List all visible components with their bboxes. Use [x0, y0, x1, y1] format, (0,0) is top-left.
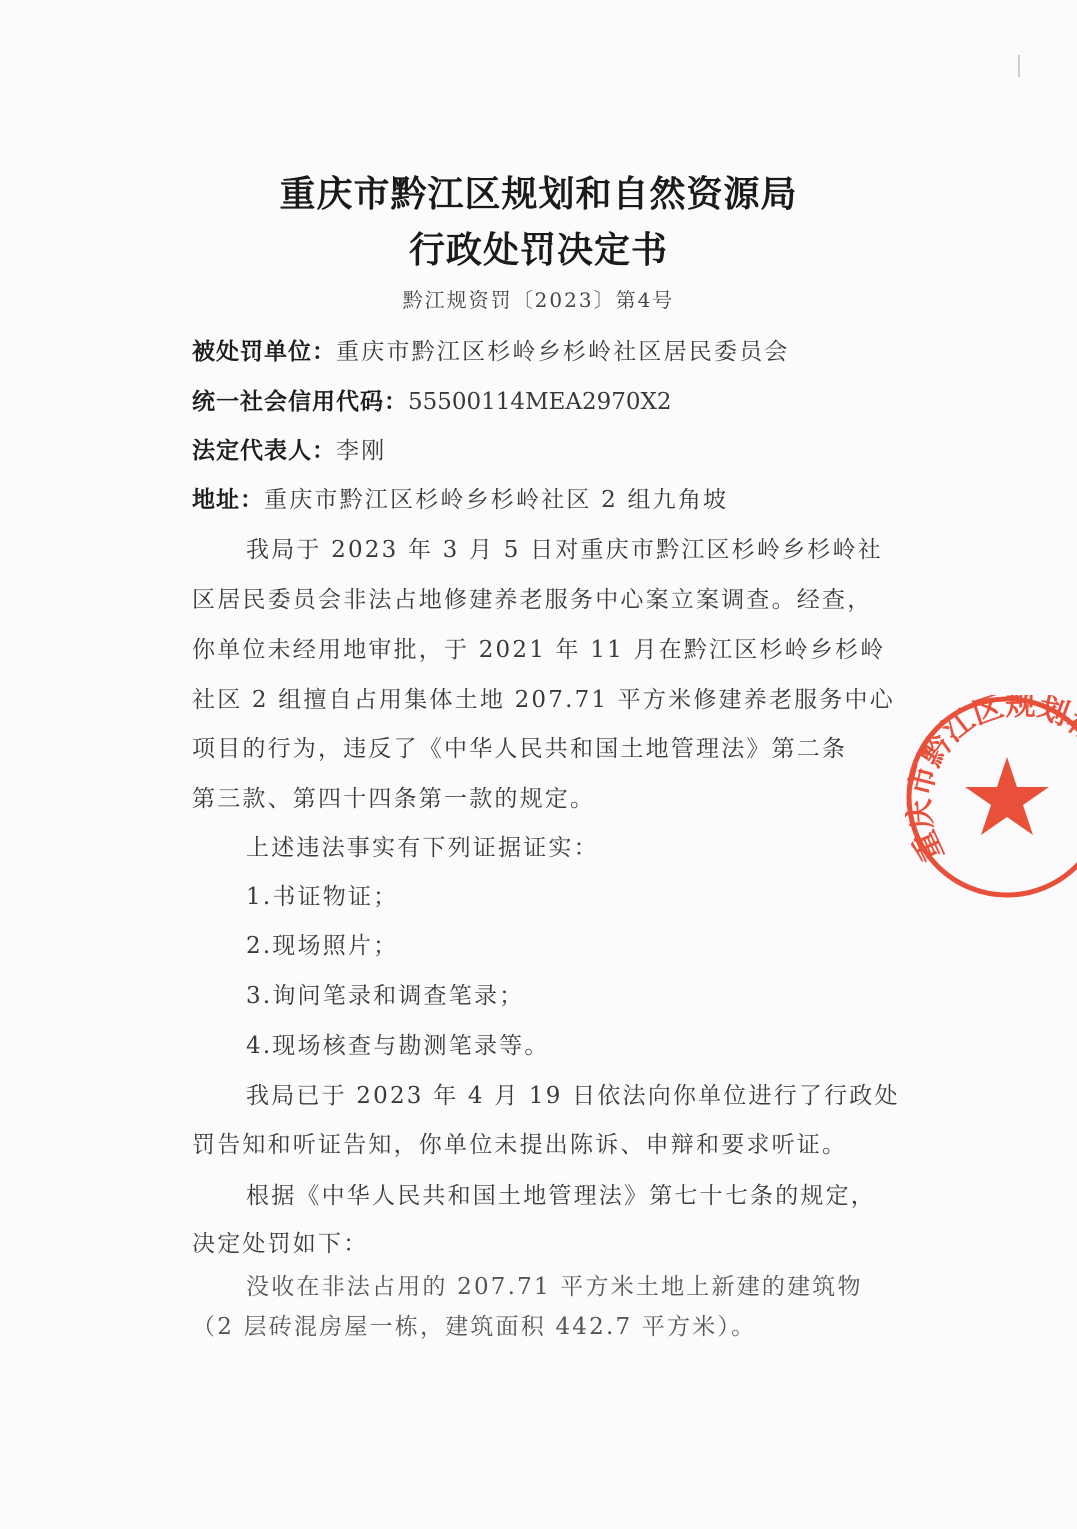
- para3-line: 根据《中华人民共和国土地管理法》第七十七条的规定，: [246, 1177, 876, 1210]
- document-title-line2: 行政处罚决定书: [0, 222, 1077, 273]
- legal-rep-label: 法定代表人：: [192, 438, 336, 464]
- credit-code-label: 统一社会信用代码：: [192, 389, 408, 415]
- penalized-unit-value: 重庆市黔江区杉岭乡杉岭社区居民委员会: [336, 339, 790, 365]
- para1-line: 我局于 2023 年 3 月 5 日对重庆市黔江区杉岭乡杉岭社: [246, 531, 883, 564]
- penalized-unit-row: 被处罚单位：重庆市黔江区杉岭乡杉岭社区居民委员会: [192, 333, 790, 366]
- para1-line: 区居民委员会非法占地修建养老服务中心案立案调查。经查，: [192, 581, 872, 614]
- para1-line: 社区 2 组擅自占用集体土地 207.71 平方米修建养老服务中心: [192, 681, 895, 714]
- credit-code-value: 55500114MEA2970X2: [408, 389, 672, 415]
- document-number: 黔江规资罚〔2023〕第4号: [0, 284, 1077, 313]
- address-value: 重庆市黔江区杉岭乡杉岭社区 2 组九角坡: [264, 487, 728, 513]
- legal-rep-row: 法定代表人：李刚: [192, 432, 386, 465]
- evidence-item: 1.书证物证；: [246, 878, 398, 911]
- para1-line: 第三款、第四十四条第一款的规定。: [192, 780, 595, 813]
- evidence-item: 2.现场照片；: [246, 927, 398, 960]
- evidence-item: 3.询问笔录和调查笔录；: [246, 977, 524, 1010]
- scan-artifact: [1018, 55, 1020, 77]
- document-title-line1: 重庆市黔江区规划和自然资源局: [0, 166, 1077, 217]
- para2-line: 罚告知和听证告知，你单位未提出陈诉、申辩和要求听证。: [192, 1126, 847, 1159]
- evidence-item: 4.现场核查与勘测笔录等。: [246, 1027, 550, 1060]
- seal-text: 重庆市黔江区规划和自: [905, 695, 1077, 867]
- official-seal-icon: 重庆市黔江区规划和自: [905, 695, 1077, 900]
- para2-line: 我局已于 2023 年 4 月 19 日依法向你单位进行了行政处: [246, 1077, 900, 1110]
- para3-line: 决定处罚如下：: [192, 1225, 368, 1258]
- evidence-intro: 上述违法事实有下列证据证实：: [246, 829, 599, 862]
- decision-line: 没收在非法占用的 207.71 平方米土地上新建的建筑物: [246, 1268, 863, 1301]
- legal-rep-value: 李刚: [336, 438, 386, 464]
- para1-line: 项目的行为，违反了《中华人民共和国土地管理法》第二条: [192, 730, 847, 763]
- address-row: 地址：重庆市黔江区杉岭乡杉岭社区 2 组九角坡: [192, 481, 728, 514]
- penalized-unit-label: 被处罚单位：: [192, 339, 336, 365]
- credit-code-row: 统一社会信用代码：55500114MEA2970X2: [192, 383, 672, 416]
- address-label: 地址：: [192, 487, 264, 513]
- para1-line: 你单位未经用地审批，于 2021 年 11 月在黔江区杉岭乡杉岭: [192, 631, 885, 664]
- svg-text:重庆市黔江区规划和自: 重庆市黔江区规划和自: [905, 695, 1077, 867]
- decision-line: （2 层砖混房屋一栋，建筑面积 442.7 平方米）。: [192, 1308, 756, 1341]
